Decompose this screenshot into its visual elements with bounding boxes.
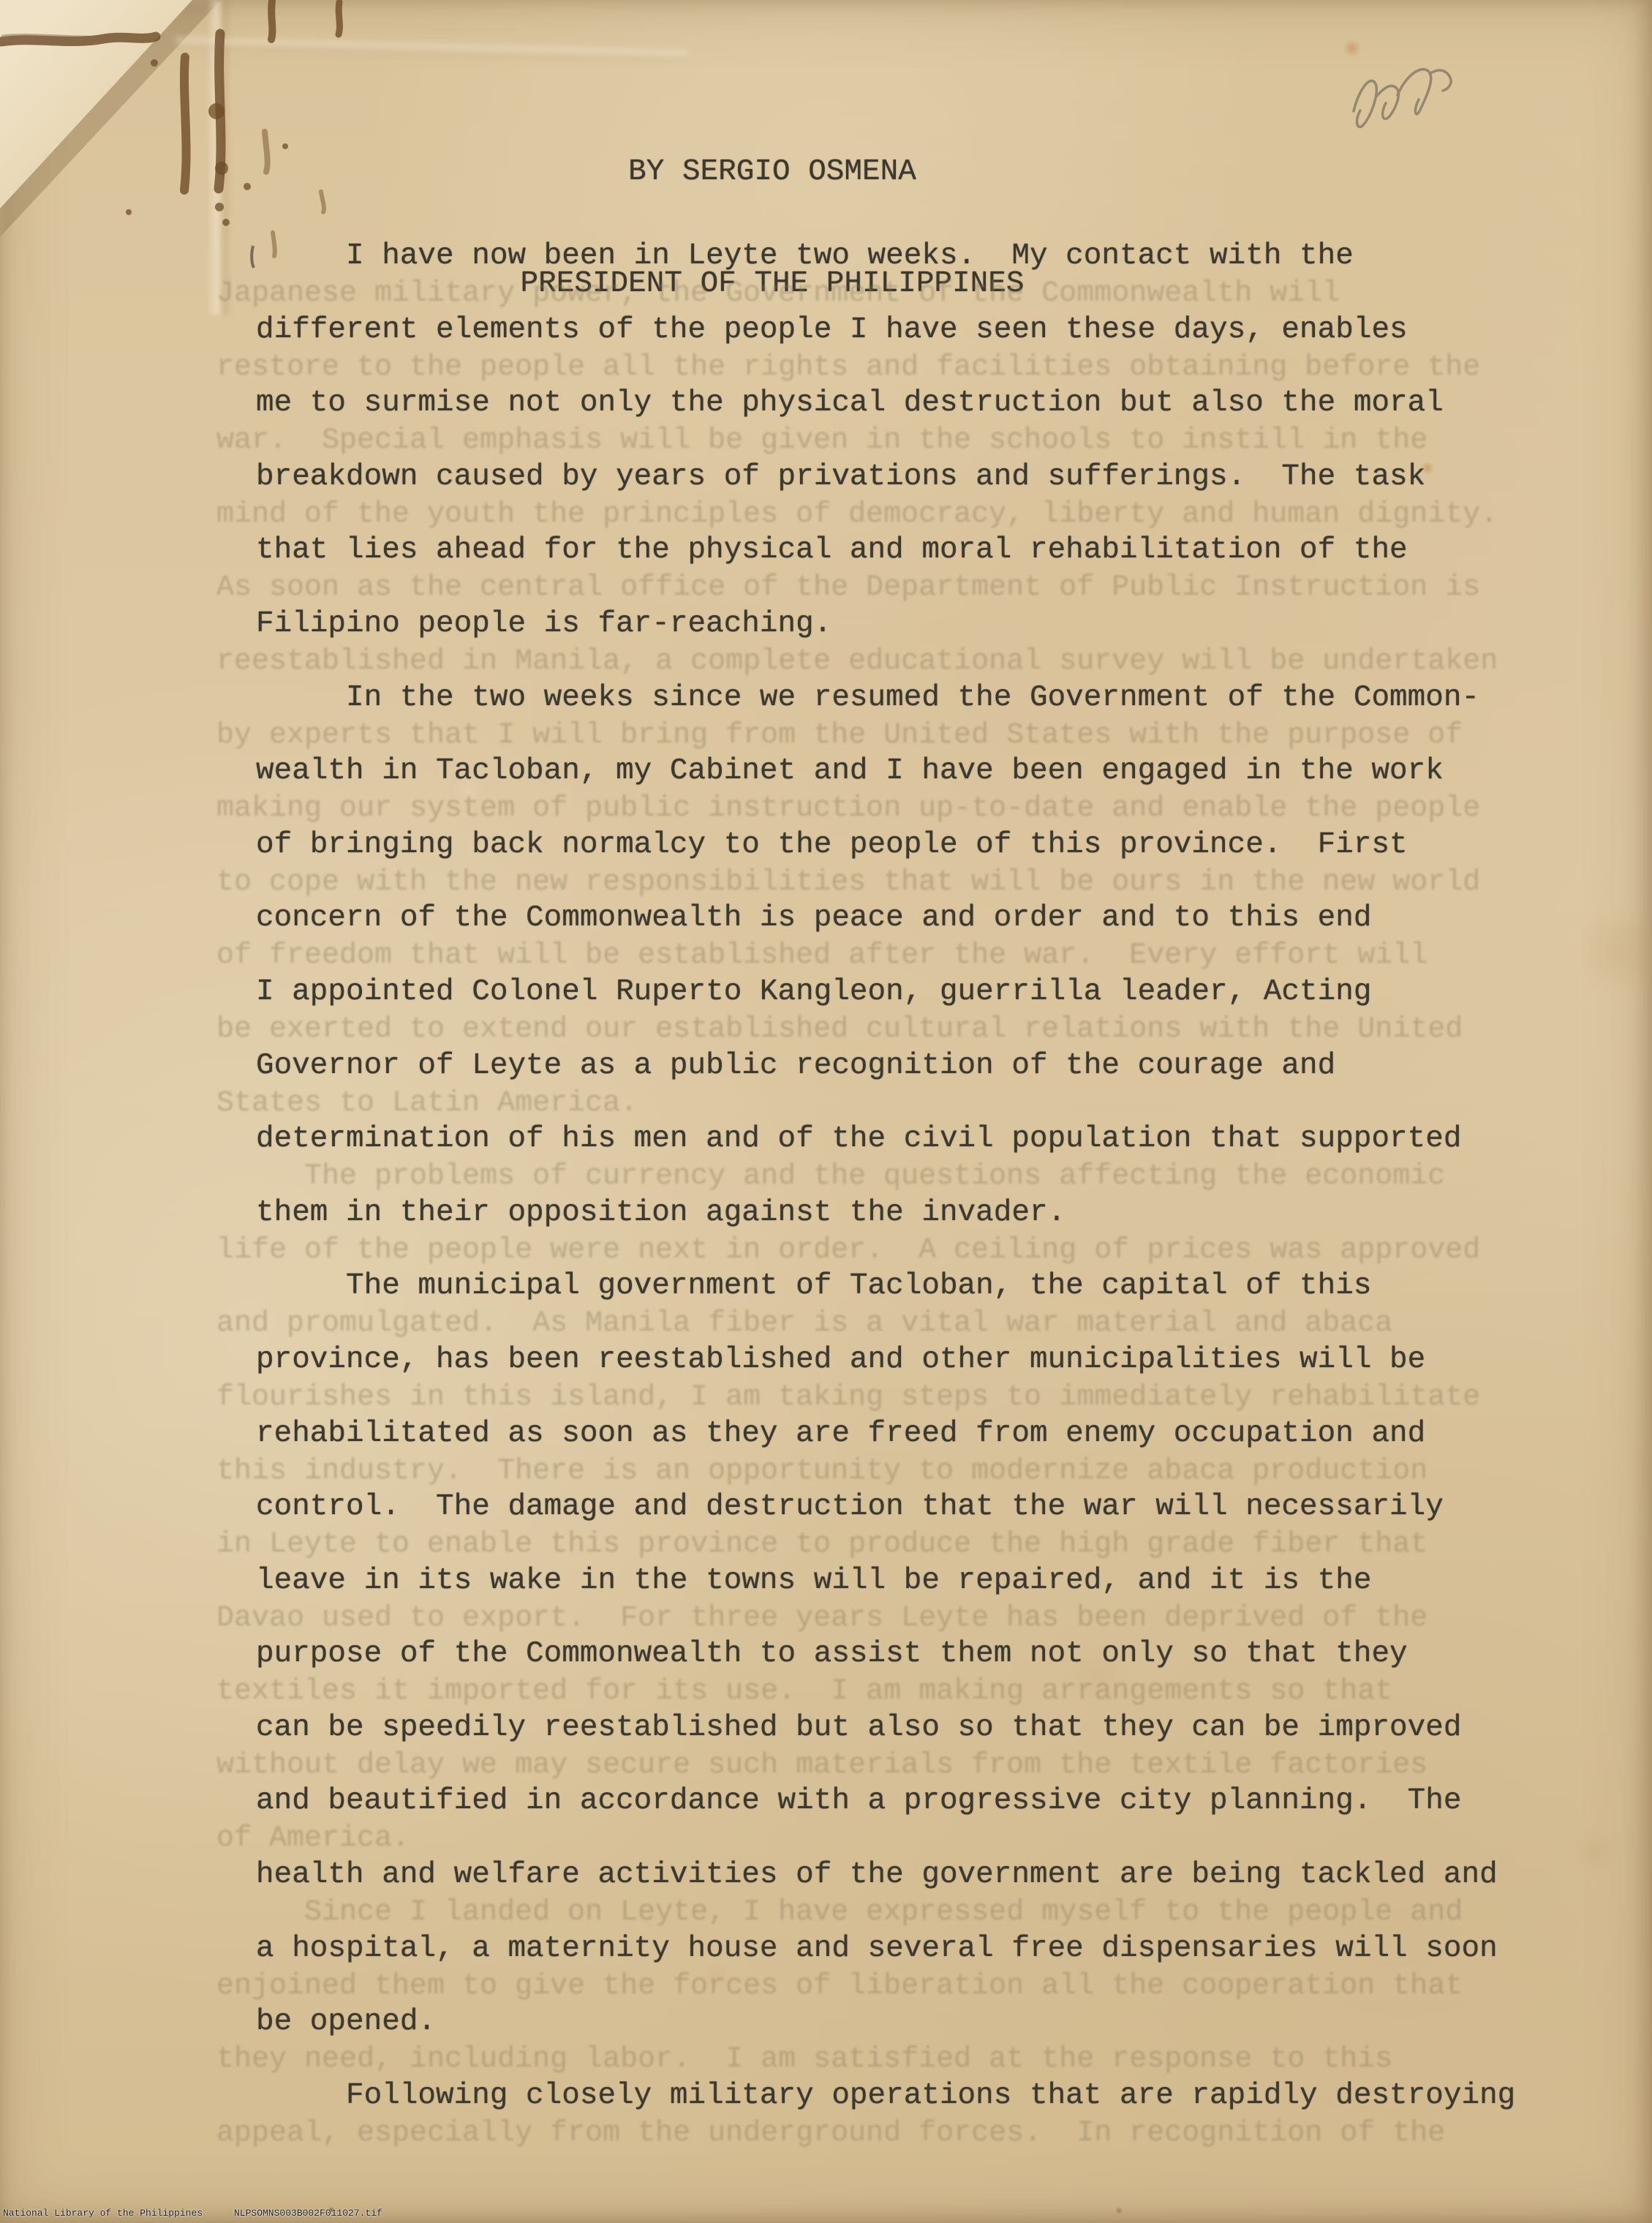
typewritten-line: Filipino people is far-reaching. — [256, 587, 1543, 661]
typewritten-line: be opened. — [256, 1985, 1543, 2059]
library-watermark-label: National Library of the Philippines — [3, 2208, 203, 2219]
typewritten-line: purpose of the Commonwealth to assist th… — [256, 1617, 1543, 1691]
horizontal-crease — [176, 37, 687, 62]
typewritten-body-text: I have now been in Leyte two weeks. My c… — [256, 219, 1543, 2132]
typewritten-line: I appointed Colonel Ruperto Kangleon, gu… — [256, 955, 1543, 1029]
typewritten-line: concern of the Commonwealth is peace and… — [256, 881, 1543, 955]
typewritten-line: control. The damage and destruction that… — [256, 1470, 1543, 1544]
typewritten-line: determination of his men and of the civi… — [256, 1102, 1543, 1176]
typewritten-line: wealth in Tacloban, my Cabinet and I hav… — [256, 734, 1543, 808]
typewritten-line: health and welfare activities of the gov… — [256, 1838, 1543, 1912]
typewritten-line: Governor of Leyte as a public recognitio… — [256, 1029, 1543, 1103]
typewritten-line: province, has been reestablished and oth… — [256, 1323, 1543, 1397]
typewritten-line: them in their opposition against the inv… — [256, 1176, 1543, 1250]
title-byline: BY SERGIO OSMENA — [0, 154, 1544, 191]
typewritten-line: rehabilitated as soon as they are freed … — [256, 1397, 1543, 1471]
typewritten-line: Following closely military operations th… — [256, 2059, 1543, 2133]
typewritten-line: of bringing back normalcy to the people … — [256, 808, 1543, 882]
typewritten-line: that lies ahead for the physical and mor… — [256, 514, 1543, 587]
typewritten-line: different elements of the people I have … — [256, 293, 1543, 367]
typewritten-line: breakdown caused by years of privations … — [256, 440, 1543, 514]
typewritten-line: a hospital, a maternity house and severa… — [256, 1912, 1543, 1986]
scanned-document-page: BY SERGIO OSMENA PRESIDENT OF THE PHILIP… — [0, 0, 1652, 2223]
typewritten-line: I have now been in Leyte two weeks. My c… — [256, 219, 1543, 293]
typewritten-line: In the two weeks since we resumed the Go… — [256, 661, 1543, 735]
typewritten-line: and beautified in accordance with a prog… — [256, 1764, 1543, 1838]
typewritten-line: can be speedily reestablished but also s… — [256, 1691, 1543, 1765]
scan-filename-label: NLPSOMNS003B002F011027.tif — [234, 2208, 382, 2219]
typewritten-line: leave in its wake in the towns will be r… — [256, 1544, 1543, 1618]
typewritten-line: The municipal government of Tacloban, th… — [256, 1249, 1543, 1323]
typewritten-line: me to surmise not only the physical dest… — [256, 366, 1543, 440]
